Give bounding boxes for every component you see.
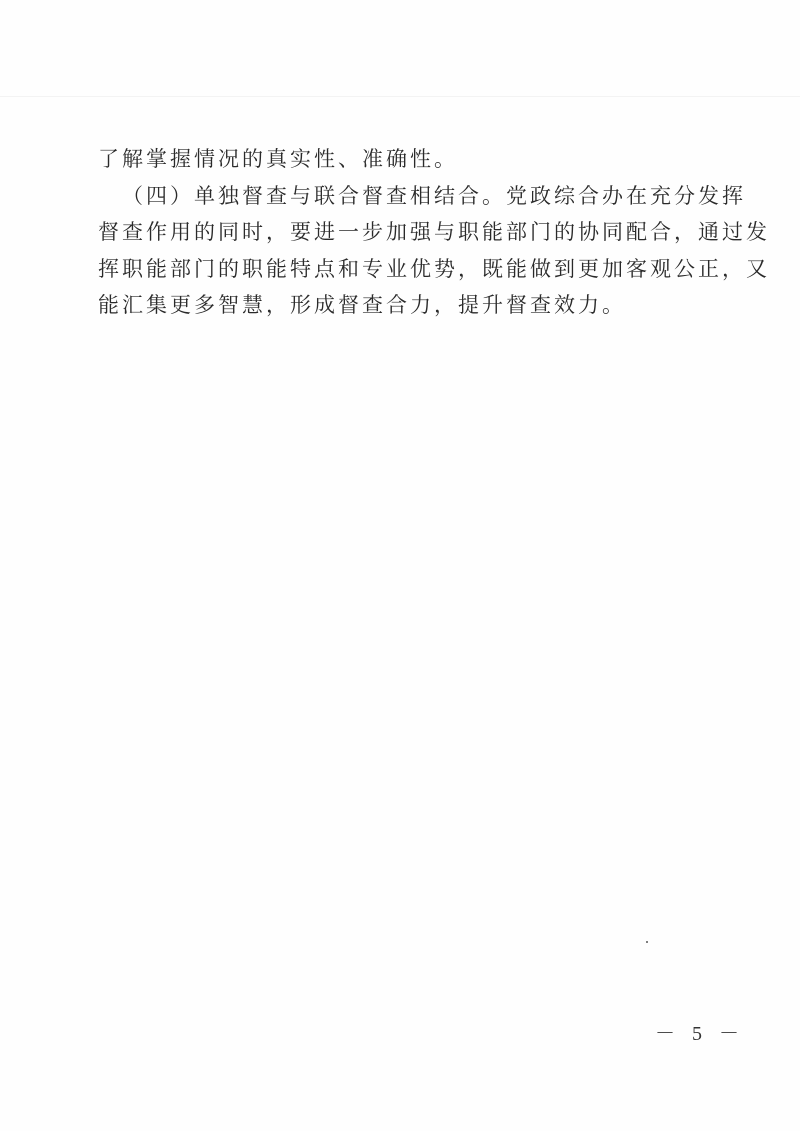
- body-text: 了解掌握情况的真实性、准确性。 （四）单独督查与联合督查相结合。党政综合办在充分…: [98, 141, 708, 324]
- document-page: 了解掌握情况的真实性、准确性。 （四）单独督查与联合督查相结合。党政综合办在充分…: [0, 0, 800, 1131]
- scan-speck: [646, 941, 648, 943]
- page-number: － 5 －: [655, 1017, 745, 1046]
- scan-artifact-line: [0, 96, 800, 97]
- section-four-line-1: （四）单独督查与联合督查相结合。党政综合办在充分发挥: [98, 178, 708, 215]
- paragraph-continuation-line: 了解掌握情况的真实性、准确性。: [98, 141, 708, 178]
- section-four-line-4: 能汇集更多智慧，形成督查合力，提升督查效力。: [98, 287, 708, 324]
- section-four-line-3: 挥职能部门的职能特点和专业优势，既能做到更加客观公正，又: [98, 251, 708, 288]
- section-four-line-2: 督查作用的同时，要进一步加强与职能部门的协同配合，通过发: [98, 214, 708, 251]
